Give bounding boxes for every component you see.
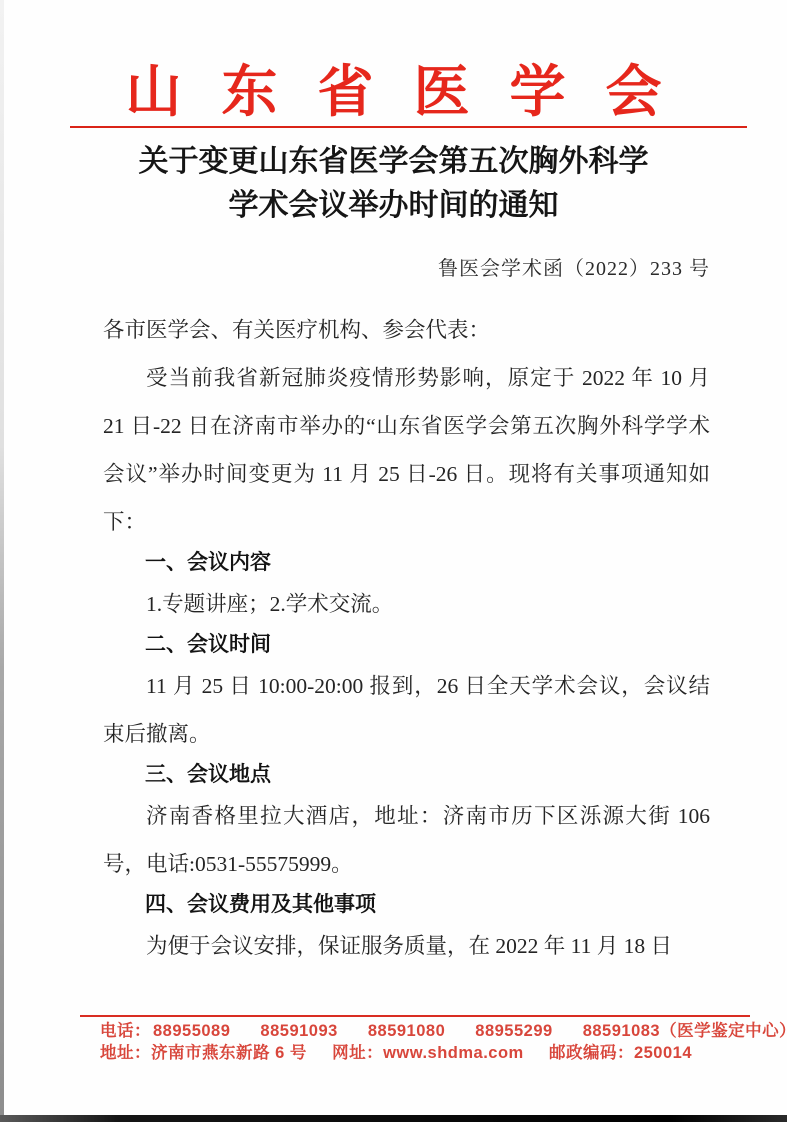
notice-title-line1: 关于变更山东省医学会第五次胸外科学 [0,140,787,184]
section-heading-4: 四、会议费用及其他事项 [103,888,710,922]
body-paragraph: 济南香格里拉大酒店，地址：济南市历下区泺源大街 106 号，电话:0531-55… [103,792,710,888]
footer-address: 地址：济南市燕东新路 6 号 [100,1042,307,1064]
footer-rule [80,1015,750,1017]
phone-number: 88955299 [475,1020,552,1042]
body-paragraph: 为便于会议安排，保证服务质量，在 2022 年 11 月 18 日 [103,922,710,970]
phone-number: 88955089 [153,1020,230,1042]
footer: 电话： 88955089 88591093 88591080 88955299 … [100,1020,692,1064]
document-page: 山东省医学会 关于变更山东省医学会第五次胸外科学 学术会议举办时间的通知 鲁医会… [0,0,787,1122]
section-heading-2: 二、会议时间 [103,628,710,662]
notice-body: 各市医学会、有关医疗机构、参会代表： 受当前我省新冠肺炎疫情形势影响，原定于 2… [103,306,710,970]
footer-postcode: 邮政编码：250014 [549,1042,692,1064]
phone-number-appraisal-center: 88591083（医学鉴定中心） [583,1020,787,1042]
salutation: 各市医学会、有关医疗机构、参会代表： [103,306,710,354]
body-paragraph: 1.专题讲座；2.学术交流。 [103,580,710,628]
footer-phone-line: 电话： 88955089 88591093 88591080 88955299 … [100,1020,692,1042]
phone-label: 电话： [100,1020,151,1042]
ref-number: 鲁医会学术函（2022）233 号 [438,252,710,281]
footer-address-line: 地址：济南市燕东新路 6 号 网址：www.shdma.com 邮政编码：250… [100,1042,692,1064]
section-heading-3: 三、会议地点 [103,758,710,792]
body-paragraph: 11 月 25 日 10:00-20:00 报到，26 日全天学术会议，会议结束… [103,662,710,758]
phone-number: 88591080 [368,1020,445,1042]
notice-title: 关于变更山东省医学会第五次胸外科学 学术会议举办时间的通知 [0,140,787,228]
scan-edge-bottom [0,1115,787,1122]
body-paragraph: 受当前我省新冠肺炎疫情形势影响，原定于 2022 年 10 月 21 日-22 … [103,354,710,546]
phone-number: 88591093 [260,1020,337,1042]
footer-website: 网址：www.shdma.com [332,1042,524,1064]
section-heading-1: 一、会议内容 [103,546,710,580]
org-masthead: 山东省医学会 [0,48,787,128]
masthead-rule [70,126,747,128]
notice-title-line2: 学术会议举办时间的通知 [0,184,787,228]
